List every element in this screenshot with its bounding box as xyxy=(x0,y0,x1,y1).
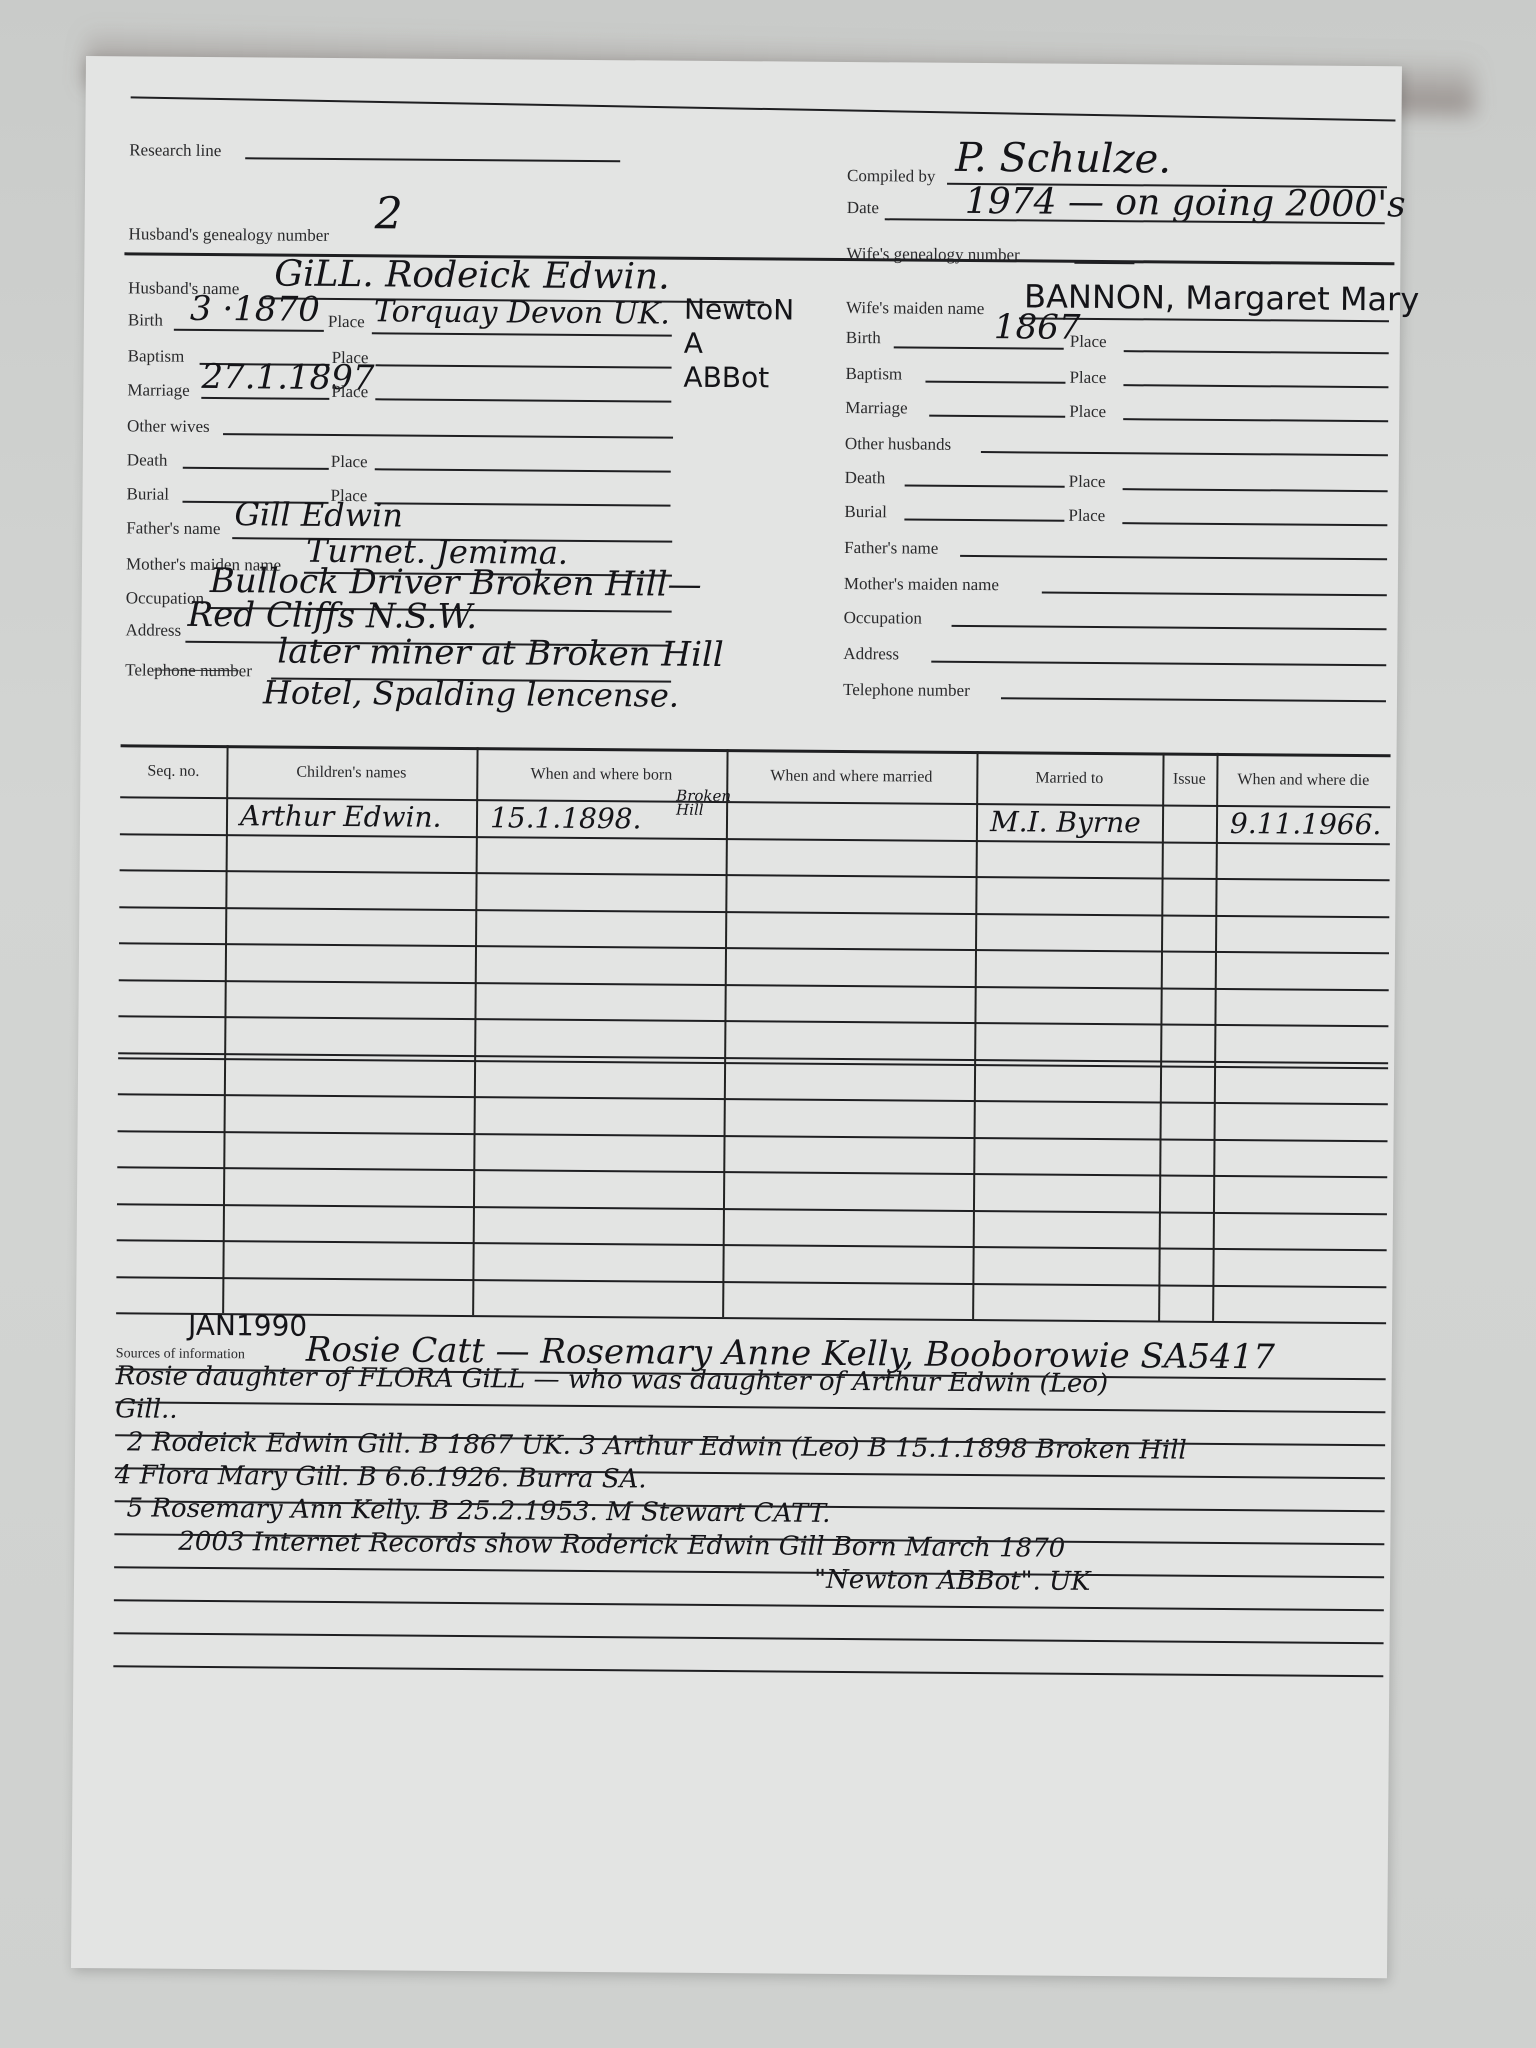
husband-birth-place-field xyxy=(372,332,672,336)
husband-other-wives-field[interactable] xyxy=(223,433,673,439)
table-row-rule xyxy=(119,942,1389,954)
compiled-by-label: Compiled by xyxy=(847,166,935,187)
column-header: Issue xyxy=(1162,770,1216,788)
research-line-label: Research line xyxy=(129,140,221,161)
husband-address-label: Address xyxy=(125,620,181,640)
wife-father-field[interactable] xyxy=(960,555,1387,560)
husband-other-wives-label: Other wives xyxy=(127,416,210,437)
table-row-rule xyxy=(118,1093,1388,1105)
husband-death-field[interactable] xyxy=(183,467,329,470)
table-cell-born-place: Broken Hill xyxy=(676,789,726,817)
wife-death-label: Death xyxy=(845,468,886,488)
top-rule xyxy=(131,96,1396,121)
table-column-divider xyxy=(1212,753,1218,1321)
source-line[interactable]: Gill.. xyxy=(115,1394,177,1424)
column-header: Children's names xyxy=(226,763,476,783)
wife-birth-place-label: Place xyxy=(1070,332,1107,352)
table-row-rule xyxy=(119,906,1389,918)
table-row-rule xyxy=(116,1276,1386,1288)
wife-address-label: Address xyxy=(843,644,899,664)
table-row-rule xyxy=(119,979,1389,991)
husband-death-place-field[interactable] xyxy=(375,468,671,472)
sources-date-note: JAN1990 xyxy=(188,1309,307,1343)
source-rule xyxy=(113,1665,1383,1677)
husband-birth-place-label: Place xyxy=(328,312,365,332)
table-cell-born[interactable]: 15.1.1898. xyxy=(490,801,642,835)
wife-occupation-field[interactable] xyxy=(952,625,1387,630)
wife-baptism-place-label: Place xyxy=(1069,368,1106,388)
source-line[interactable]: Rosie daughter of FLORA GiLL — who was d… xyxy=(116,1361,1109,1399)
source-line[interactable]: 2 Rodeick Edwin Gill. B 1867 UK. 3 Arthu… xyxy=(127,1427,1187,1465)
wife-occupation-label: Occupation xyxy=(844,608,923,629)
source-rule xyxy=(114,1566,1384,1578)
wife-burial-place-field[interactable] xyxy=(1122,522,1387,526)
husband-marriage-place-field[interactable] xyxy=(375,398,671,402)
wife-birth-value[interactable]: 1867 xyxy=(994,307,1081,348)
wife-burial-place-label: Place xyxy=(1068,506,1105,526)
husband-baptism-label: Baptism xyxy=(128,346,185,366)
column-header: When and where die xyxy=(1216,771,1390,790)
husband-telephone-value-2[interactable]: Hotel, Spalding lencense. xyxy=(263,673,679,714)
husband-birth-label: Birth xyxy=(128,310,163,330)
wife-baptism-label: Baptism xyxy=(845,364,902,384)
table-row-rule xyxy=(118,1130,1388,1142)
husband-death-place-label: Place xyxy=(331,452,368,472)
table-row-rule xyxy=(120,833,1390,845)
table-column-divider xyxy=(222,745,228,1313)
table-cell-married-to[interactable]: M.I. Byrne xyxy=(990,805,1141,839)
date-label: Date xyxy=(847,198,879,218)
table-column-divider xyxy=(472,747,478,1315)
wife-death-place-label: Place xyxy=(1069,472,1106,492)
table-cell-died[interactable]: 9.11.1966. xyxy=(1230,807,1382,841)
wife-marriage-label: Marriage xyxy=(845,398,907,418)
husband-burial-label: Burial xyxy=(126,484,169,504)
wife-burial-label: Burial xyxy=(844,502,887,522)
family-group-sheet: Research line Husband's genealogy number… xyxy=(71,56,1402,1978)
husband-death-label: Death xyxy=(127,450,168,470)
wife-death-field[interactable] xyxy=(905,484,1065,487)
husband-marriage-place-label: Place xyxy=(331,382,368,402)
husband-marriage-label: Marriage xyxy=(127,380,189,400)
wife-baptism-field[interactable] xyxy=(925,381,1065,384)
husband-birth-field xyxy=(174,329,324,332)
husband-telephone-label: Telephone number xyxy=(125,660,252,681)
column-header: Married to xyxy=(976,769,1162,788)
husband-father-label: Father's name xyxy=(126,518,220,539)
table-row-rule xyxy=(117,1239,1387,1251)
source-rule xyxy=(115,1401,1385,1413)
husband-genealogy-label: Husband's genealogy number xyxy=(129,224,330,246)
wife-mother-label: Mother's maiden name xyxy=(844,574,999,595)
source-rule xyxy=(114,1632,1384,1644)
wife-baptism-place-field[interactable] xyxy=(1123,384,1388,388)
table-row-rule xyxy=(117,1203,1387,1215)
wife-marriage-field[interactable] xyxy=(929,415,1065,418)
husband-address-value[interactable]: Red Cliffs N.S.W. xyxy=(187,595,477,637)
wife-other-husbands-label: Other husbands xyxy=(845,434,951,455)
husband-father-value[interactable]: Gill Edwin xyxy=(234,495,403,534)
wife-maiden-name-value[interactable]: BANNON, Margaret Mary xyxy=(1024,277,1419,318)
table-row-rule xyxy=(118,1015,1388,1027)
wife-burial-field[interactable] xyxy=(904,518,1064,521)
wife-marriage-place-field[interactable] xyxy=(1123,418,1388,422)
source-line[interactable]: 2003 Internet Records show Roderick Edwi… xyxy=(178,1527,1065,1564)
wife-address-field[interactable] xyxy=(931,661,1386,667)
wife-mother-field[interactable] xyxy=(1042,592,1387,597)
source-line[interactable]: 4 Flora Mary Gill. B 6.6.1926. Burra SA. xyxy=(115,1460,647,1494)
husband-telephone-value[interactable]: later miner at Broken Hill xyxy=(277,632,724,676)
husband-birth-place-value[interactable]: Torquay Devon UK. xyxy=(374,294,670,331)
source-line[interactable]: 5 Rosemary Ann Kelly. B 25.2.1953. M Ste… xyxy=(126,1493,830,1529)
telephone-label-struck: phone numb xyxy=(154,661,239,681)
husband-marriage-field xyxy=(201,397,329,400)
husband-burial-place-field[interactable] xyxy=(374,502,670,506)
husband-birth-value[interactable]: 3 ·1870 xyxy=(190,289,320,330)
column-header: When and where married xyxy=(726,767,976,787)
table-column-divider xyxy=(1158,752,1164,1320)
wife-death-place-field[interactable] xyxy=(1123,488,1388,492)
research-line-field[interactable] xyxy=(245,157,620,162)
wife-telephone-field[interactable] xyxy=(1001,697,1386,702)
wife-telephone-label: Telephone number xyxy=(843,680,970,701)
wife-other-husbands-field[interactable] xyxy=(981,451,1388,456)
table-column-divider xyxy=(972,751,978,1319)
wife-marriage-place-label: Place xyxy=(1069,402,1106,422)
wife-birth-field xyxy=(894,346,1064,349)
table-row-rule xyxy=(117,1166,1387,1178)
husband-name-value[interactable]: GiLL. Rodeick Edwin. xyxy=(274,253,670,297)
telephone-label-part: er xyxy=(239,661,252,680)
column-header: When and where born xyxy=(476,765,726,785)
compiled-by-value[interactable]: P. Schulze. xyxy=(955,135,1171,183)
wife-maiden-name-label: Wife's maiden name xyxy=(846,298,984,319)
table-column-divider xyxy=(722,749,728,1317)
telephone-label-part: Tele xyxy=(125,660,154,679)
wife-father-label: Father's name xyxy=(844,538,938,559)
table-cell-name[interactable]: Arthur Edwin. xyxy=(240,799,442,834)
wife-birth-label: Birth xyxy=(846,328,881,348)
table-row-rule xyxy=(120,869,1390,881)
husband-baptism-place-field[interactable] xyxy=(376,364,672,368)
wife-birth-place-field[interactable] xyxy=(1124,350,1389,354)
husband-birth-place-note: NewtoN A ABBot xyxy=(683,293,774,396)
source-line[interactable]: "Newton ABBot". UK xyxy=(814,1565,1091,1597)
husband-genealogy-value[interactable]: 2 xyxy=(375,188,403,239)
table-top-rule xyxy=(121,744,1391,757)
column-header: Seq. no. xyxy=(120,762,226,781)
source-rule xyxy=(114,1599,1384,1611)
